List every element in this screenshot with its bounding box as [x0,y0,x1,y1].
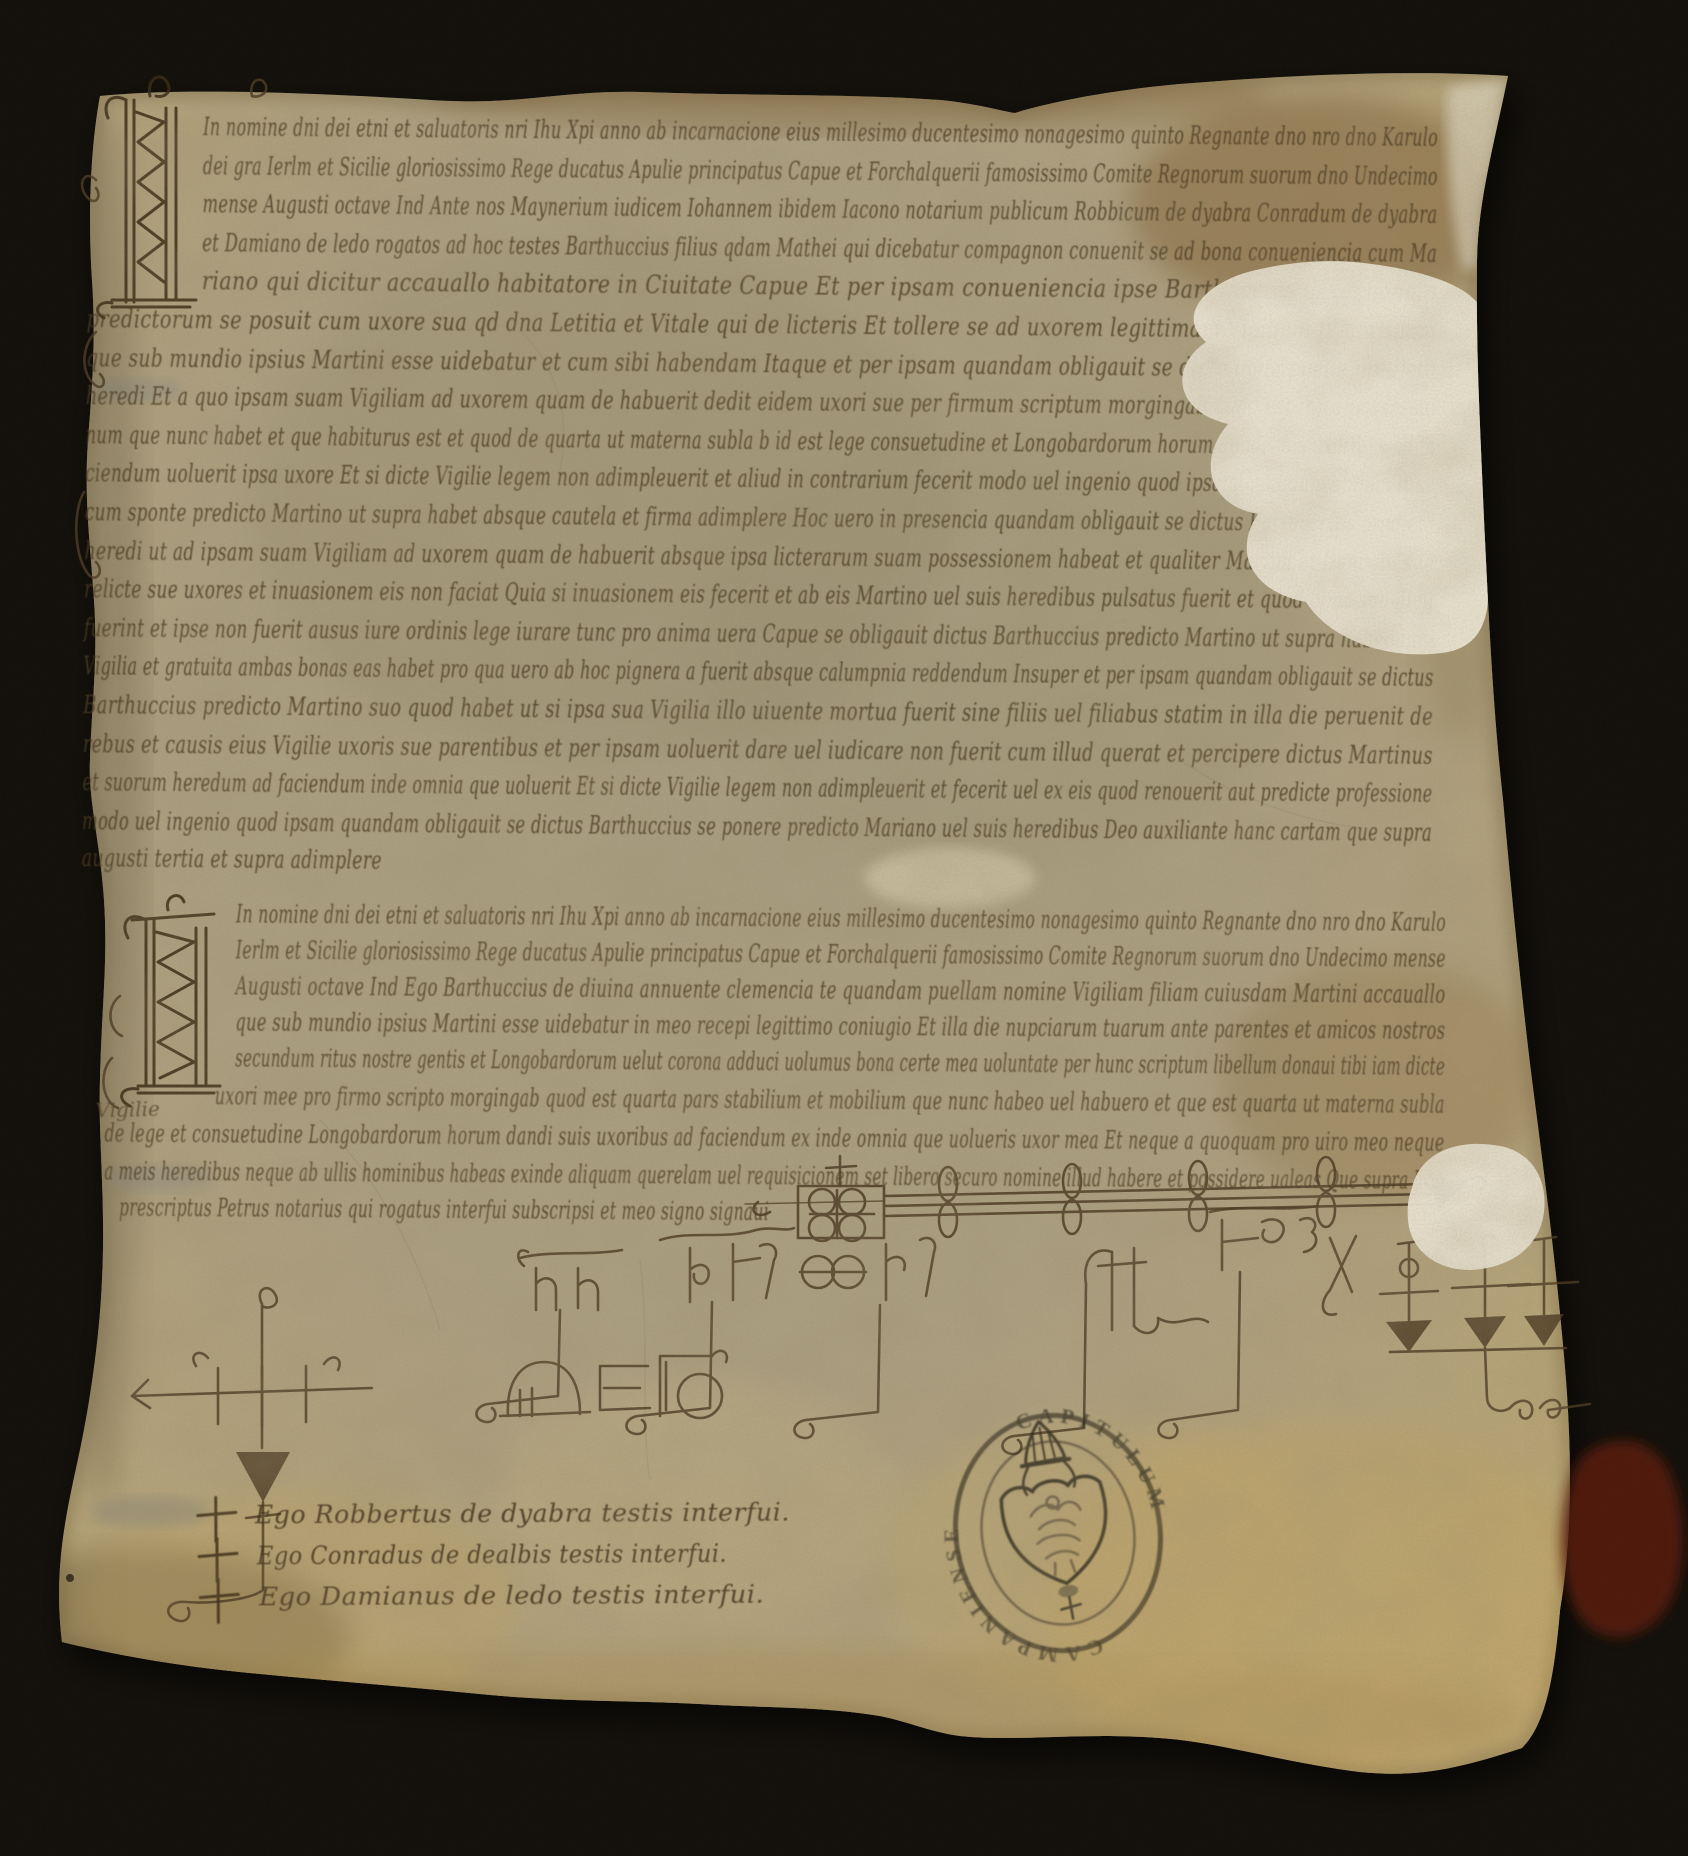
photograph-of-medieval-charter: In nomine dni dei etni et saluatoris nri… [0,0,1688,1856]
parchment-grain [0,0,1688,1856]
stain-maroon-right-edge [1562,1440,1683,1636]
